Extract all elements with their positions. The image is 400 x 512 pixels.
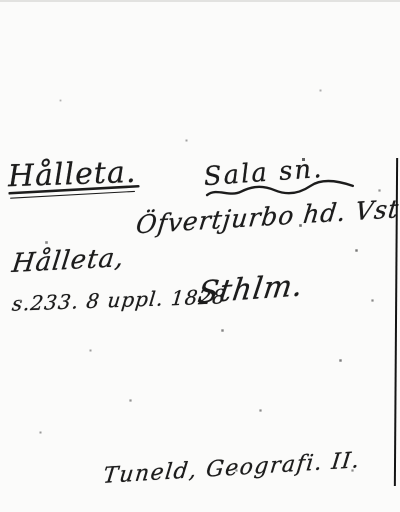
entry-place: Sthlm. <box>196 268 306 311</box>
district-line: Öfvertjurbo hd. Vst. <box>135 194 400 240</box>
entry-name: Hålleta, <box>10 243 126 279</box>
source-citation: Tuneld, Geografi. II. <box>102 448 362 489</box>
entry-reference: s.233. 8 uppl. 1828 <box>11 284 227 316</box>
scan-speckles <box>0 0 1 1</box>
parish-block: Sala sn. <box>203 153 355 201</box>
top-edge-line <box>0 0 400 2</box>
headword-block: Hålleta. <box>7 156 140 202</box>
archive-card: Hålleta. Sala sn. Öfvertjurbo hd. Vst. H… <box>0 0 400 512</box>
